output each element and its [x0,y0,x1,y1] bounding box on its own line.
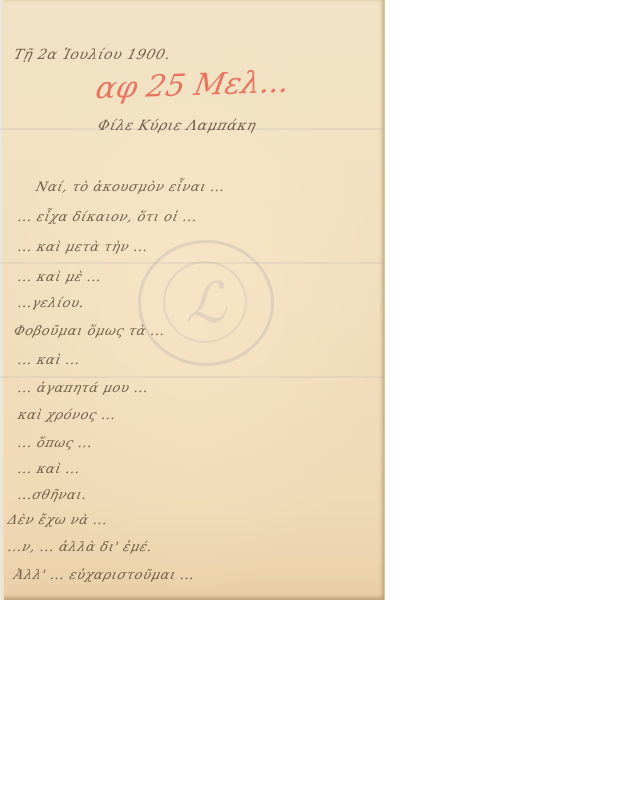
body-line: Ἀλλ' ... εὐχαριστοῦμαι ... [12,568,196,583]
body-line: καὶ χρόνος ... [16,408,118,423]
body-line: ... καὶ μετὰ τὴν ... [16,240,150,255]
body-line: ... καὶ μὲ ... [16,270,103,285]
dateline: Τῇ 2α Ἰουλίου 1900. [12,47,172,63]
body-line: ...σθῆναι. [16,488,89,503]
body-line: Φοβοῦμαι ὅμως τὰ ... [12,324,167,339]
bleed-through [0,376,384,378]
red-annotation: αφ 25 Μελ... [93,65,292,107]
body-line: ... ὅπως ... [16,436,94,451]
body-line: Ναί, τὸ ἀκουσμὸν εἶναι ... [34,180,227,195]
salutation: Φίλε Κύριε Λαμπάκη [96,118,258,134]
body-line: ...ν, ... ἀλλὰ δι' ἐμέ. [6,540,154,555]
body-line: ...γελίου. [16,296,86,311]
letter-page: ℒ Τῇ 2α Ἰουλίου 1900. αφ 25 Μελ... Φίλε … [0,0,385,600]
body-line: ... καὶ ... [16,462,82,477]
body-line: ... καὶ ... [16,353,82,368]
body-line: Δὲν ἔχω νὰ ... [6,513,109,528]
scan-edge [0,0,4,600]
seal-stamp: ℒ [138,240,274,366]
seal-monogram: ℒ [181,269,231,339]
body-line: ... εἶχα δίκαιον, ὅτι οἱ ... [16,210,199,225]
body-line: ... ἀγαπητά μου ... [16,381,150,396]
